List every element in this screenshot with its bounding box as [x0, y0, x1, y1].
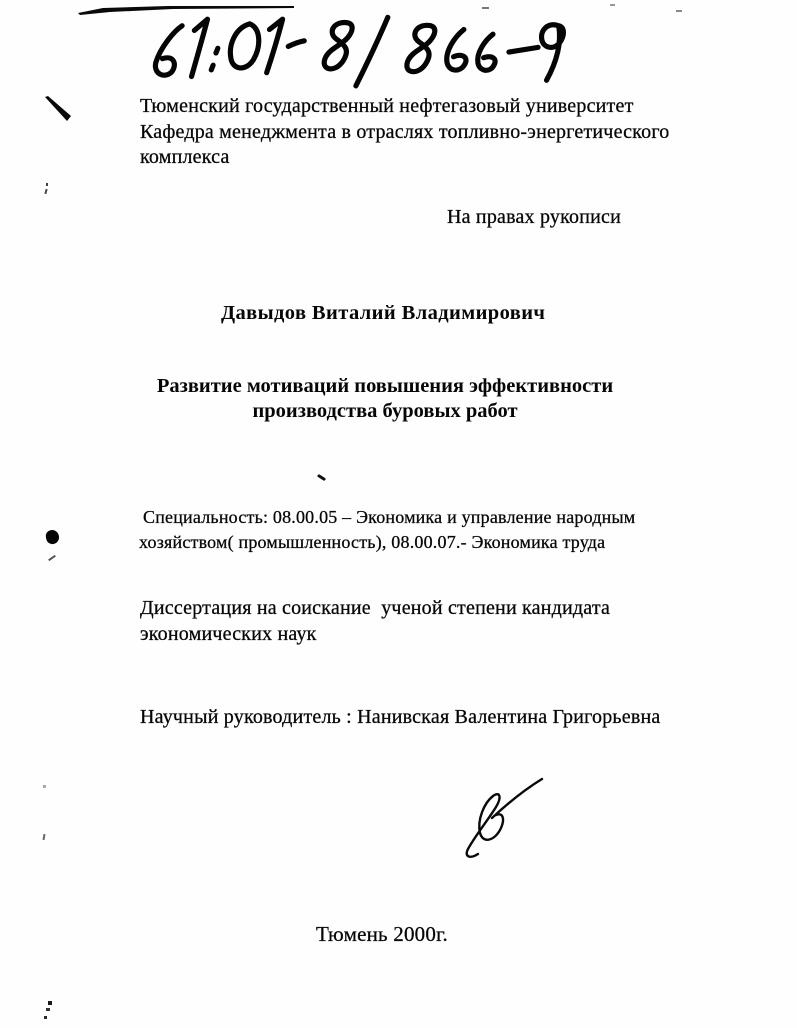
university-heading: Тюменский государственный нефтегазовый у… [140, 94, 669, 171]
dissertation-title: Развитие мотиваций повышения эффективнос… [100, 374, 670, 423]
department-line-2: комплекса [140, 145, 669, 171]
scan-speck [43, 785, 46, 788]
scan-speck [46, 183, 48, 186]
scanned-dissertation-title-page: 61:01- 8/866-9 Тюменский государственный… [0, 0, 797, 1028]
scan-speck [44, 189, 47, 194]
catalog-number-handwritten: 61:01- 8/866-9 [138, 14, 570, 97]
specialty-block: Специальность: 08.00.05 – Экономика и уп… [139, 505, 635, 555]
scan-speck [42, 834, 45, 840]
scan-tick-artifact [317, 474, 326, 481]
pen-stroke-artifact [45, 96, 73, 122]
author-name: Давыдов Виталий Владимирович [221, 302, 545, 325]
manuscript-note: На правах рукописи [447, 206, 621, 229]
degree-statement: Диссертация на соискание ученой степени … [140, 595, 610, 647]
scan-speck [610, 4, 615, 6]
degree-line-2: экономических наук [140, 621, 610, 647]
title-line-1: Развитие мотиваций повышения эффективнос… [100, 374, 670, 399]
specialty-line-2: хозяйством( промышленность), 08.00.07.- … [139, 530, 635, 555]
department-line-1: Кафедра менеджмента в отраслях топливно-… [140, 120, 669, 146]
specialty-line-1: Специальность: 08.00.05 – Экономика и уп… [139, 505, 635, 530]
city-year: Тюмень 2000г. [316, 922, 448, 947]
scan-speck [44, 1016, 47, 1019]
scan-speck [48, 1001, 52, 1005]
scan-speck [48, 555, 56, 561]
scan-speck [46, 1008, 50, 1011]
degree-line-1: Диссертация на соискание ученой степени … [140, 595, 610, 621]
ink-blob-artifact [45, 529, 61, 545]
university-name: Тюменский государственный нефтегазовый у… [140, 94, 669, 120]
supervisor-line: Научный руководитель : Нанивская Валенти… [140, 706, 660, 729]
catalog-number-strokes [138, 14, 570, 92]
scan-speck [676, 10, 682, 12]
scan-speck [482, 7, 489, 9]
signature [452, 770, 552, 862]
title-line-2: производства буровых работ [100, 399, 670, 424]
